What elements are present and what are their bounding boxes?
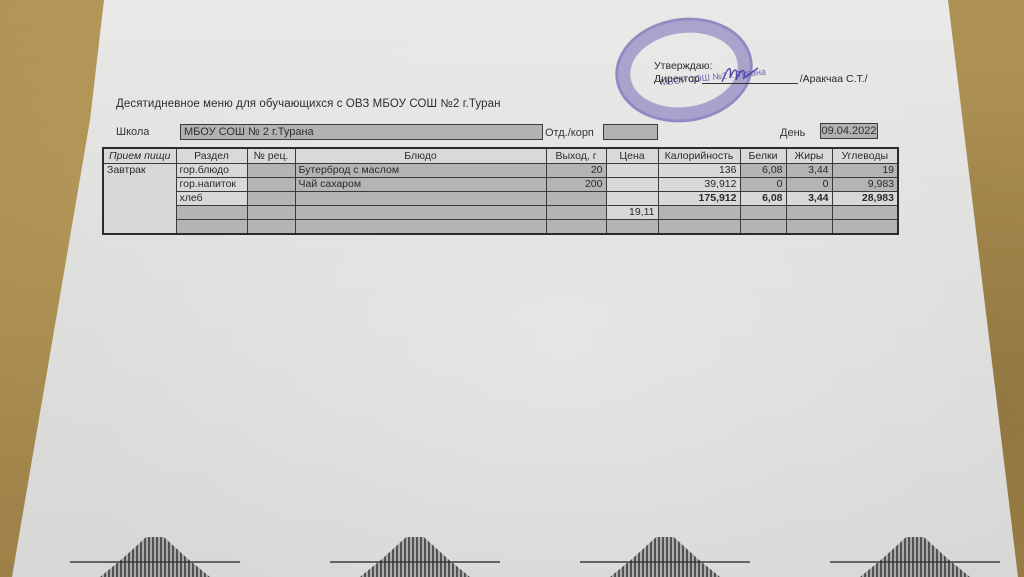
dish-cell: Бутерброд с маслом [295,164,546,178]
header-protein: Белки [740,148,786,164]
document-title: Десятидневное меню для обучающихся с ОВЗ… [116,98,501,110]
header-recipe: № рец. [247,148,295,164]
dish-cell [295,220,546,235]
fat-cell [786,206,832,220]
table-row [103,220,898,235]
dish-cell [295,192,546,206]
price-cell [606,220,658,235]
fat-cell: 3,44 [786,164,832,178]
recipe-cell [247,206,295,220]
recipe-cell [247,164,295,178]
weight-cell: 20 [546,164,606,178]
header-section: Раздел [176,148,247,164]
header-dish: Блюдо [295,148,546,164]
dept-field [603,124,658,140]
header-fat: Жиры [786,148,832,164]
header-calories: Калорийность [658,148,740,164]
weight-cell: 200 [546,178,606,192]
calories-total-cell: 175,912 [658,192,740,206]
paper-shading [0,0,1024,577]
section-cell [176,220,247,235]
protein-cell [740,220,786,235]
header-meal: Прием пищи [103,148,176,164]
table-row: Завтрак гор.блюдо Бутерброд с маслом 20 … [103,164,898,178]
menu-table: Прием пищи Раздел № рец. Блюдо Выход, г … [102,147,899,235]
table-row: гор.напиток Чай сахаром 200 39,912 0 0 9… [103,178,898,192]
section-cell: хлеб [176,192,247,206]
school-label: Школа [116,126,149,138]
protein-cell: 6,08 [740,164,786,178]
carbs-cell: 9,983 [832,178,898,192]
price-cell [606,164,658,178]
dish-cell: Чай сахаром [295,178,546,192]
director-name: /Аракчаа С.Т./ [800,73,868,85]
recipe-cell [247,178,295,192]
calories-cell: 39,912 [658,178,740,192]
director-line: Директор/Аракчаа С.Т./ [654,73,868,86]
dept-label: Отд./корп [545,127,594,139]
calories-cell [658,220,740,235]
protein-cell [740,206,786,220]
table-header-row: Прием пищи Раздел № рец. Блюдо Выход, г … [103,148,898,164]
meal-cell: Завтрак [103,164,176,235]
calories-cell [658,206,740,220]
table-row: хлеб 175,912 6,08 3,44 28,983 [103,192,898,206]
price-total-cell: 19,11 [606,206,658,220]
section-cell: гор.напиток [176,178,247,192]
carbs-cell [832,220,898,235]
day-label: День [780,127,805,139]
calories-cell: 136 [658,164,740,178]
protein-cell: 0 [740,178,786,192]
fat-cell: 0 [786,178,832,192]
protein-total-cell: 6,08 [740,192,786,206]
price-cell [606,178,658,192]
header-weight: Выход, г [546,148,606,164]
section-cell: гор.блюдо [176,164,247,178]
approval-block: Утверждаю: Директор/Аракчаа С.Т./ [654,60,868,86]
toner-smudge [580,529,750,577]
toner-smudge [330,529,500,577]
school-field: МБОУ СОШ № 2 г.Турана [180,124,543,140]
recipe-cell [247,192,295,206]
carbs-cell [832,206,898,220]
weight-cell [546,192,606,206]
signature-icon [720,62,760,86]
toner-smudge [830,529,1000,577]
weight-cell [546,220,606,235]
section-cell [176,206,247,220]
carbs-cell: 19 [832,164,898,178]
fat-cell [786,220,832,235]
price-cell [606,192,658,206]
weight-cell [546,206,606,220]
director-label: Директор [654,73,700,85]
recipe-cell [247,220,295,235]
approve-label: Утверждаю: [654,60,868,73]
carbs-total-cell: 28,983 [832,192,898,206]
header-carbs: Углеводы [832,148,898,164]
table-row: 19,11 [103,206,898,220]
day-field: 09.04.2022 [820,123,878,139]
fat-total-cell: 3,44 [786,192,832,206]
header-price: Цена [606,148,658,164]
dish-cell [295,206,546,220]
toner-smudge [70,529,240,577]
